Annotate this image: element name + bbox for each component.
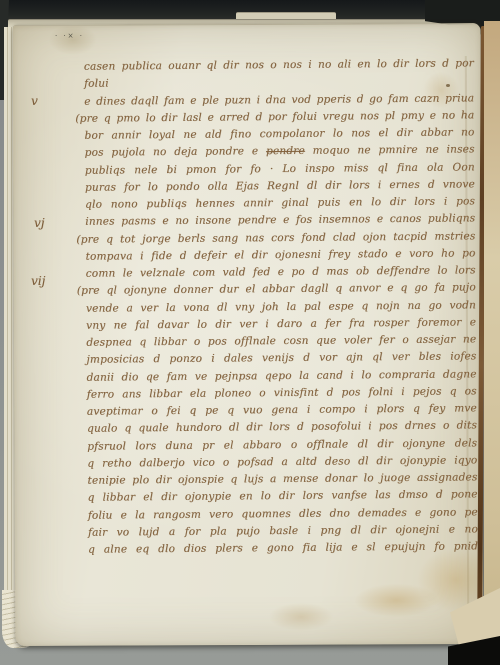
margin-numeral: v xyxy=(31,94,38,108)
manuscript-line: q alne eq dlo dios plers e gono fia lija… xyxy=(88,538,478,559)
margin-numeral: vij xyxy=(31,274,45,288)
manuscript-photo: · ·× · vvjvij casen publica ouanr ql dir… xyxy=(0,0,500,665)
facing-page-edge xyxy=(484,21,500,644)
struck-word: pendre xyxy=(266,145,305,157)
margin-numeral: vj xyxy=(34,216,45,230)
margin-numerals: vvjvij xyxy=(31,0,53,665)
folio-marks: · ·× · xyxy=(55,32,84,40)
manuscript-line: casen publica ouanr ql dir nos o nos i n… xyxy=(84,55,474,93)
text-block: casen publica ouanr ql dir nos o nos i n… xyxy=(84,55,478,559)
